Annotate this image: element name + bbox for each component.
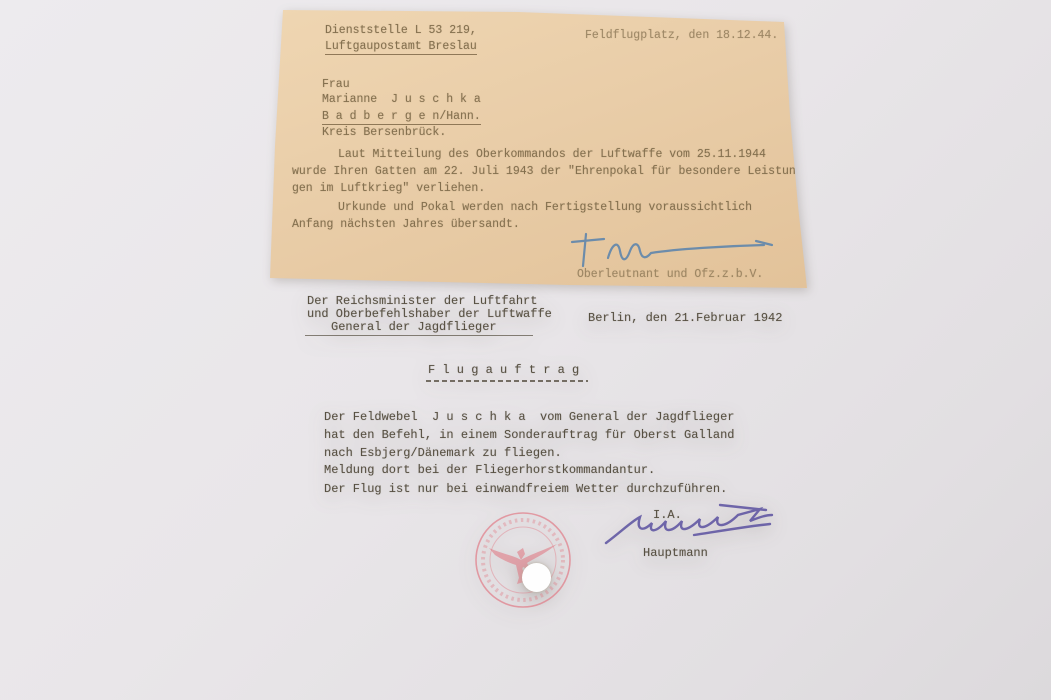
order-line-3: nach Esbjerg/Dänemark zu fliegen. — [324, 446, 562, 460]
photo-of-documents: Dienststelle L 53 219, Luftgaupostamt Br… — [0, 0, 1051, 700]
document-1942-paper: Der Reichsminister der Luftfahrt und Obe… — [250, 253, 835, 695]
sender-line-1: Dienststelle L 53 219, — [325, 24, 477, 37]
signer-title-1942: Hauptmann — [643, 546, 708, 560]
order-line-2: hat den Befehl, in einem Sonderauftrag f… — [324, 428, 734, 442]
document-title: F l u g a u f t r a g — [428, 363, 579, 377]
body2-line-2: Anfang nächsten Jahres übersandt. — [292, 218, 520, 231]
document-1944-paper: Dienststelle L 53 219, Luftgaupostamt Br… — [268, 6, 813, 294]
eagle-round-stamp-icon — [471, 508, 575, 612]
letterhead-line-1: Der Reichsminister der Luftfahrt — [307, 294, 537, 308]
order-line-1: Der Feldwebel J u s c h k a vom General … — [324, 410, 734, 424]
order-line-5: Der Flug ist nur bei einwandfreiem Wette… — [324, 482, 727, 496]
body1-line-2: wurde Ihren Gatten am 22. Juli 1943 der … — [292, 165, 803, 178]
body1-line-3: gen im Luftkrieg" verliehen. — [292, 182, 485, 195]
dateline-1942: Berlin, den 21.Februar 1942 — [588, 311, 782, 325]
letterhead-underline — [305, 319, 533, 336]
order-line-4: Meldung dort bei der Fliegerhorstkommand… — [324, 463, 655, 477]
document-1944-letter: Dienststelle L 53 219, Luftgaupostamt Br… — [268, 6, 813, 294]
sender-line-2: Luftgaupostamt Breslau — [325, 40, 477, 55]
recipient-line-4: Kreis Bersenbrück. — [322, 126, 446, 139]
dateline-1944: Feldflugplatz, den 18.12.44. — [585, 29, 778, 42]
body1-line-1: Laut Mitteilung des Oberkommandos der Lu… — [338, 148, 766, 161]
body2-line-1: Urkunde und Pokal werden nach Fertigstel… — [338, 201, 752, 214]
document-1942-flugauftrag: Der Reichsminister der Luftfahrt und Obe… — [250, 253, 835, 695]
recipient-line-2: Marianne J u s c h k a — [322, 93, 481, 106]
title-dashed-underline — [426, 380, 588, 382]
recipient-line-1: Frau — [322, 78, 350, 91]
hole-punch — [522, 563, 551, 592]
recipient-line-3: B a d b e r g e n/Hann. — [322, 110, 481, 125]
